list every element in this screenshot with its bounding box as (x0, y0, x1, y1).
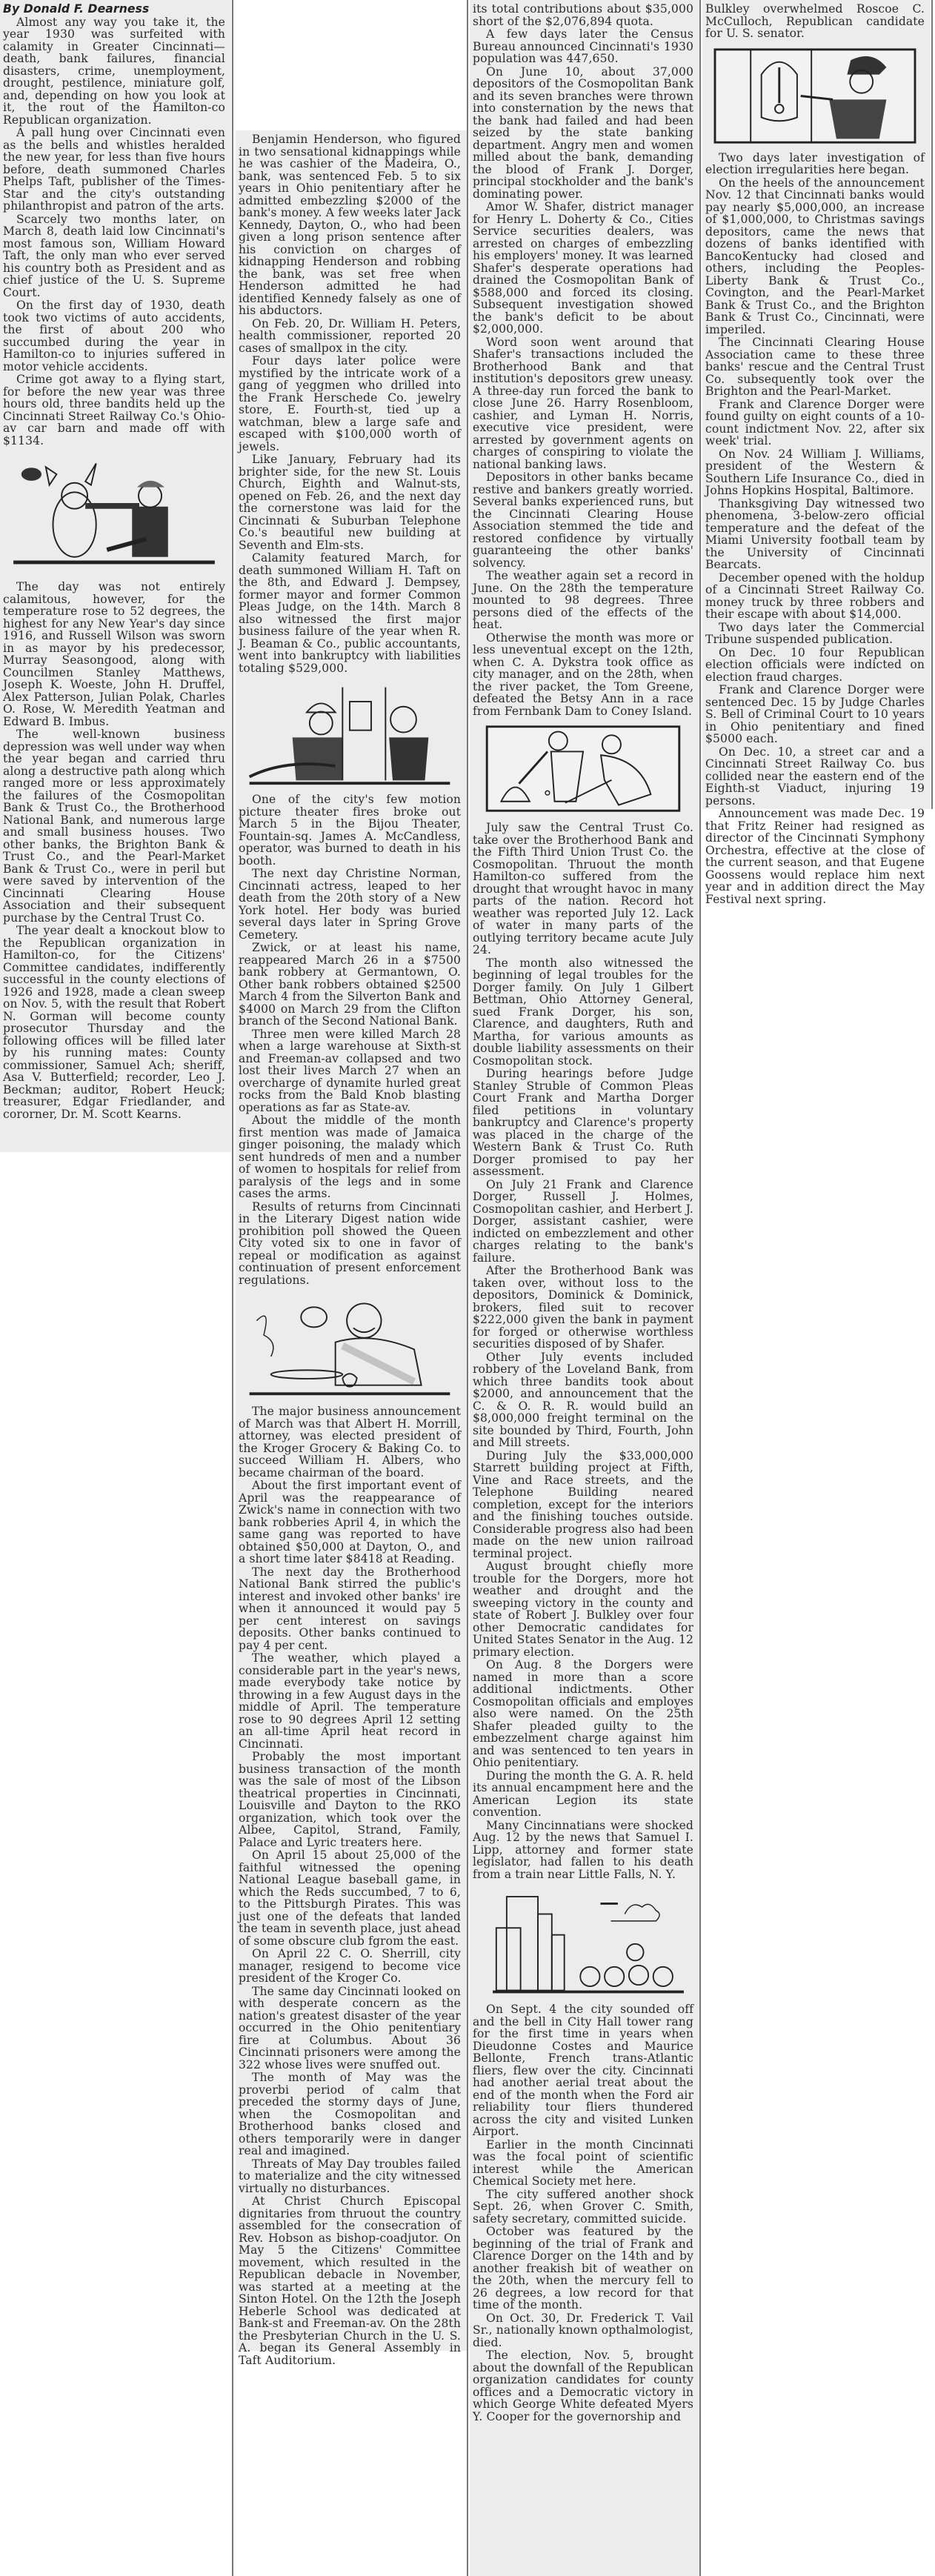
holdup-cartoon-image (3, 453, 225, 575)
thermometer-cartoon-image (705, 46, 925, 146)
paragraph: Crime got away to a flying start, for be… (3, 373, 225, 447)
paragraph: The weather again set a record in June. … (473, 570, 693, 631)
paragraph: The well-known business depression was w… (3, 728, 225, 924)
paragraph: On Oct. 30, Dr. Frederick T. Vail Sr., n… (473, 2312, 693, 2349)
paragraph: On the heels of the announcement Nov. 12… (705, 177, 925, 336)
paragraph: Three men were killed March 28 when a la… (239, 1028, 461, 1114)
paragraph: Two days later investigation of election… (705, 152, 925, 176)
paragraph: Thanksgiving Day witnessed two phenomena… (705, 498, 925, 571)
paragraph: On April 22 C. O. Sherrill, city manager… (239, 1948, 461, 1985)
column-rule (931, 0, 933, 809)
paragraph: The month of May was the proverbi period… (239, 2071, 461, 2157)
skyline-crowd-cartoon-image (473, 1886, 693, 1997)
column-rule (467, 0, 468, 2576)
paragraph: The weather, which played a considerable… (239, 1652, 461, 1750)
paragraph: A few days later the Census Bureau annou… (473, 28, 693, 65)
paragraph: Scarcely two months later, on March 8, d… (3, 213, 225, 299)
fireman-cartoon-image (239, 680, 461, 788)
paragraph: The next day Christine Norman, Cincinnat… (239, 868, 461, 941)
paragraph: On Sept. 4 the city sounded off and the … (473, 2003, 693, 2138)
paragraph: The major business announcement of March… (239, 1405, 461, 1479)
paragraph: On July 21 Frank and Clarence Dorger, Ru… (473, 1179, 693, 1265)
paragraph: Announcement was made Dec. 19 that Fritz… (705, 808, 925, 905)
paragraph: Depositors in other banks became restive… (473, 471, 693, 569)
paragraph: On Dec. 10, a street car and a Cincinnat… (705, 746, 925, 808)
paragraph: December opened with the holdup of a Cin… (705, 572, 925, 621)
paragraph: The day was not entirely calamitous, how… (3, 581, 225, 728)
paragraph: On Feb. 20, Dr. William H. Peters, healt… (239, 318, 461, 355)
paragraph: Word soon went around that Shafer's tran… (473, 336, 693, 471)
column-3: its total contributions about $35,000 sh… (470, 0, 699, 2576)
paragraph: its total contributions about $35,000 sh… (473, 3, 693, 27)
paragraph: Amor W. Shafer, district manager for Hen… (473, 201, 693, 336)
paragraph: Bulkley overwhelmed Roscoe C. McCulloch,… (705, 3, 925, 40)
paragraph: The year dealt a knockout blow to the Re… (3, 925, 225, 1120)
blank-area (236, 0, 467, 130)
column-1: By Donald F. Dearness Almost any way you… (0, 0, 231, 1152)
paragraph: Threats of May Day troubles failed to ma… (239, 2158, 461, 2195)
paragraph: Results of returns from Cincinnati in th… (239, 1201, 461, 1287)
paragraph: Almost any way you take it, the year 193… (3, 16, 225, 127)
paragraph: The election, Nov. 5, brought about the … (473, 2349, 693, 2423)
paragraph: July saw the Central Trust Co. take over… (473, 822, 693, 956)
paragraph: Benjamin Henderson, who figured in two s… (239, 133, 461, 317)
paragraph: After the Brotherhood Bank was taken ove… (473, 1265, 693, 1351)
paragraph: Frank and Clarence Dorger were sentenced… (705, 684, 925, 745)
paragraph: Zwick, or at least his name, reappeared … (239, 942, 461, 1028)
paragraph: The next day the Brotherhood National Ba… (239, 1566, 461, 1652)
paragraph: The same day Cincinnati looked on with d… (239, 1986, 461, 2071)
paragraph: Other July events included robbery of th… (473, 1351, 693, 1449)
paragraph: During hearings before Judge Stanley Str… (473, 1068, 693, 1178)
column-rule (232, 0, 233, 2576)
paragraph: Many Cincinnatians were shocked Aug. 12 … (473, 1820, 693, 1881)
paragraph: Earlier in the month Cincinnati was the … (473, 2139, 693, 2188)
paragraph: About the middle of the month first ment… (239, 1114, 461, 1200)
paragraph: On Dec. 10 four Republican election offi… (705, 647, 925, 684)
paragraph: On the first day of 1930, death took two… (3, 299, 225, 373)
paragraph: On June 10, about 37,000 depositors of t… (473, 66, 693, 201)
paragraph: Like January, February had its brighter … (239, 453, 461, 551)
paragraph: During July the $33,000,000 Starrett bui… (473, 1450, 693, 1560)
byline: By Donald F. Dearness (3, 3, 225, 16)
paragraph: On April 15 about 25,000 of the faithful… (239, 1849, 461, 1947)
paragraph: Four days later police were mystified by… (239, 355, 461, 453)
paragraph: A pall hung over Cincinnati even as the … (3, 127, 225, 213)
paragraph: August brought chiefly more trouble for … (473, 1560, 693, 1658)
miniature-golf-cartoon-image (473, 723, 693, 816)
paragraph: October was featured by the beginning of… (473, 2226, 693, 2312)
column-4: Bulkley overwhelmed Roscoe C. McCulloch,… (702, 0, 931, 809)
paragraph: The city suffered another shock Sept. 26… (473, 2189, 693, 2226)
paragraph: On Nov. 24 William J. Williams, presiden… (705, 448, 925, 497)
paragraph: One of the city's few motion picture the… (239, 793, 461, 867)
paragraph: Frank and Clarence Dorger were found gui… (705, 399, 925, 447)
paragraph: The month also witnessed the beginning o… (473, 957, 693, 1068)
column-2: Benjamin Henderson, who figured in two s… (236, 130, 467, 2351)
paragraph: On Aug. 8 the Dorgers were named in more… (473, 1659, 693, 1769)
column-rule (699, 0, 701, 2576)
paragraph: At Christ Church Episcopal dignitaries f… (239, 2195, 461, 2366)
paragraph: About the first important event of April… (239, 1480, 461, 1565)
paragraph: Calamity featured March, for death summo… (239, 552, 461, 674)
paragraph: Otherwise the month was more or less une… (473, 632, 693, 718)
paragraph: The Cincinnati Clearing House Associatio… (705, 336, 925, 398)
paragraph: During the month the G. A. R. held its a… (473, 1770, 693, 1819)
paragraph: Two days later the Commercial Tribune su… (705, 622, 925, 646)
diner-cartoon-image (239, 1292, 461, 1400)
paragraph: Probably the most important business tra… (239, 1751, 461, 1848)
